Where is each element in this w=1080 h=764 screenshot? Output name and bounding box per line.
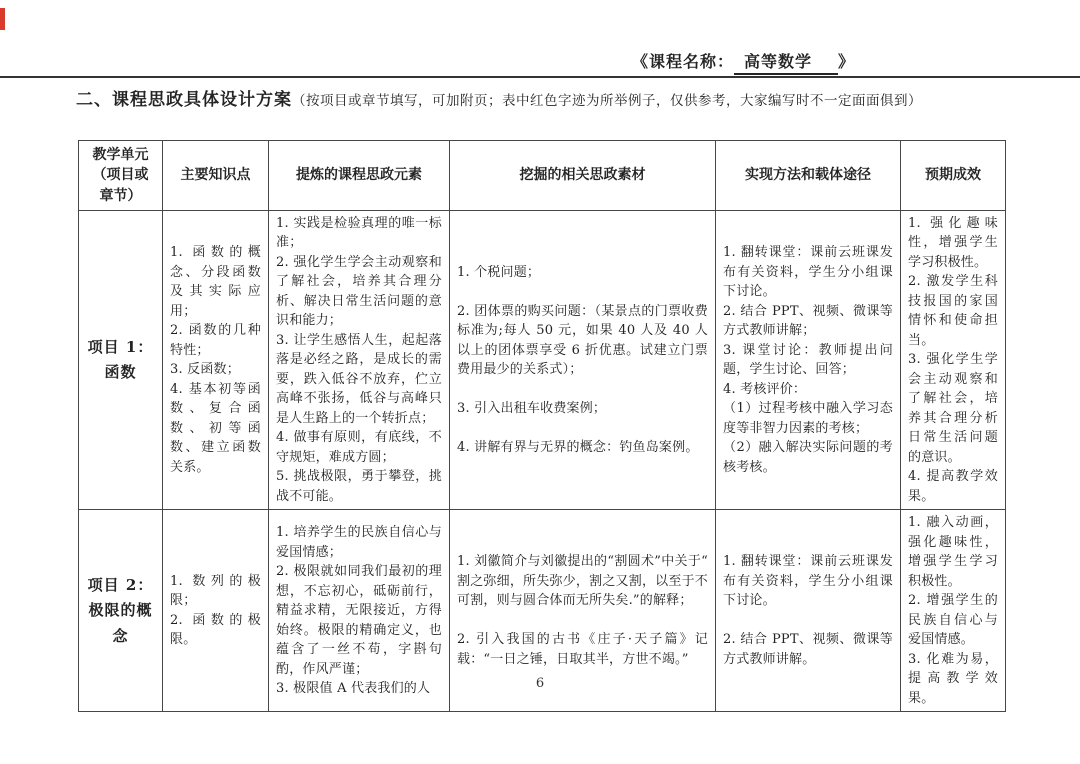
header-methods-carriers: 实现方法和载体途径: [716, 141, 901, 211]
page-header: 《课程名称：高等数学》: [632, 49, 855, 75]
table-header-row: 教学单元 （项目或 章节） 主要知识点 提炼的课程思政元素 挖掘的相关思政素材 …: [79, 141, 1006, 211]
table-row-project1: 项目 1： 函数 1. 函数的概念、分段函数及其实际应用； 2. 函数的几种特性…: [79, 210, 1006, 510]
cell-elements: 1. 实践是检验真理的唯一标准； 2. 强化学生学会主动观察和了解社会，培养其合…: [269, 210, 450, 510]
header-expected-outcomes: 预期成效: [901, 141, 1006, 211]
page-number: 6: [0, 676, 1080, 691]
header-teaching-unit: 教学单元 （项目或 章节）: [79, 141, 163, 211]
course-name-value: 高等数学: [734, 49, 838, 75]
cell-knowledge: 1. 函数的概念、分段函数及其实际应用； 2. 函数的几种特性； 3. 反函数；…: [163, 210, 269, 510]
course-name-label: 《课程名称：: [632, 52, 734, 71]
document-page: 《课程名称：高等数学》 二、课程思政具体设计方案（按项目或章节填写，可加附页；表…: [0, 0, 1080, 764]
header-rule: [0, 76, 1080, 78]
section-title: 二、课程思政具体设计方案（按项目或章节填写，可加附页；表中红色字迹为所举例子，仅…: [76, 89, 1026, 113]
cell-outcomes: 1. 强化趣味性，增强学生学习积极性。 2. 激发学生科技报国的家国情怀和使命担…: [901, 210, 1006, 510]
design-table: 教学单元 （项目或 章节） 主要知识点 提炼的课程思政元素 挖掘的相关思政素材 …: [78, 140, 1006, 712]
header-ideology-materials: 挖掘的相关思政素材: [450, 141, 716, 211]
section-title-text: 二、课程思政具体设计方案: [76, 90, 292, 110]
header-ideology-elements: 提炼的课程思政元素: [269, 141, 450, 211]
cell-materials: 1. 个税问题； 2. 团体票的购买问题：（某景点的门票收费标准为;每人 50 …: [450, 210, 716, 510]
section-title-note: （按项目或章节填写，可加附页；表中红色字迹为所举例子，仅供参考，大家编写时不一定…: [292, 93, 922, 109]
scan-artifact-mark: [0, 8, 5, 30]
cell-unit: 项目 1： 函数: [79, 210, 163, 510]
header-knowledge-points: 主要知识点: [163, 141, 269, 211]
cell-methods: 1. 翻转课堂：课前云班课发布有关资料，学生分小组课下讨论。 2. 结合 PPT…: [716, 210, 901, 510]
course-name-close: 》: [838, 52, 855, 71]
